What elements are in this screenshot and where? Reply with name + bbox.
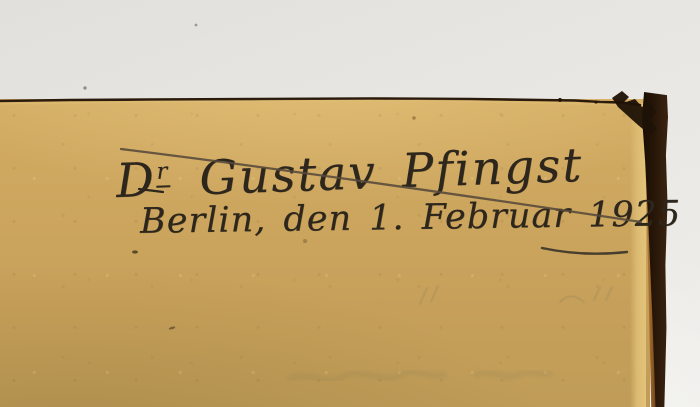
book-photo-scene: Dr Gustav Pfingst Berlin, den 1. Februar… — [0, 0, 700, 407]
book-flyleaf-page — [0, 99, 650, 407]
page-block-edge — [630, 103, 646, 407]
